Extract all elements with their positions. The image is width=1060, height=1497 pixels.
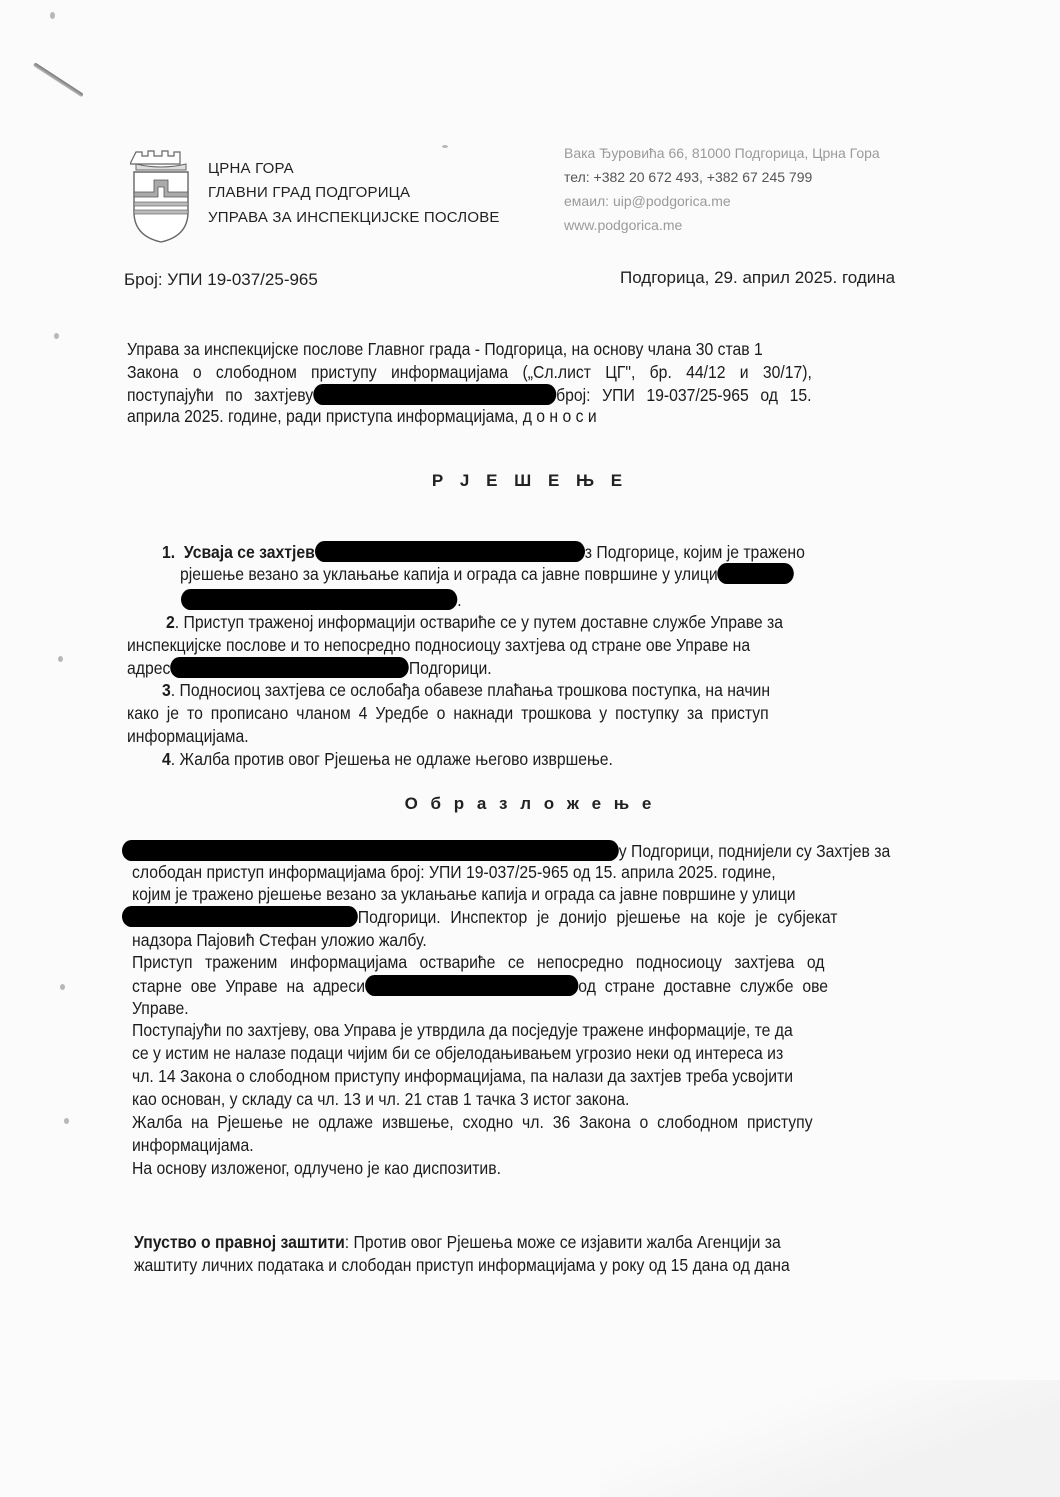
- reasoning-line: На основу изложеног, одлучено је као дис…: [132, 1158, 501, 1179]
- org-city: ГЛАВНИ ГРАД ПОДГОРИЦА: [208, 184, 410, 201]
- decision-item-4: 4. Жалба против овог Рјешења не одлаже њ…: [162, 749, 613, 770]
- intro-line: Управа за инспекцијске послове Главног г…: [127, 339, 763, 360]
- reasoning-line: као основан, у складу са чл. 13 и чл. 21…: [132, 1089, 629, 1110]
- item-number: 2: [166, 612, 175, 632]
- legal-remedy-line: жаштиту личних података и слободан прист…: [134, 1255, 790, 1276]
- redaction-bar: [365, 975, 578, 996]
- item-text: . Жалба против овог Рјешења не одлаже ње…: [171, 749, 613, 769]
- reasoning-text: од стране доставне службе ове: [578, 976, 828, 996]
- reasoning-title: О б р а з л о ж е њ е: [0, 794, 1060, 814]
- reasoning-line: Жалба на Рјешење не одлаже извшење, сход…: [132, 1112, 813, 1133]
- item-text: . Приступ траженој информацији оствариће…: [175, 612, 783, 632]
- reasoning-line: у Подгорици, поднијели су Захтјев за: [122, 840, 890, 862]
- item-text: . Подносиоц захтјева се ослобађа обавезе…: [171, 680, 770, 700]
- reasoning-line: старне ове Управе на адресиод стране дос…: [132, 975, 828, 997]
- item-text: рјешење везано за уклањање капија и огра…: [180, 564, 718, 584]
- redaction-bar: [181, 589, 457, 610]
- document-number: Број: УПИ 19-037/25-965: [124, 270, 318, 290]
- decision-item-3-line: информацијама.: [127, 726, 249, 747]
- scan-speck: [54, 333, 59, 339]
- item-text: .: [457, 590, 461, 610]
- reasoning-text: Подгорици. Инспектор је донијо рјешење н…: [358, 907, 838, 927]
- contact-phone: тел: +382 20 672 493, +382 67 245 799: [564, 169, 812, 185]
- scan-speck: [60, 984, 65, 990]
- legal-remedy-label: Упуство о правној заштити: [134, 1232, 345, 1252]
- redaction-bar: [315, 541, 585, 562]
- item-number: 1.: [162, 542, 175, 562]
- scan-speck: [58, 656, 63, 662]
- legal-remedy-text: : Против овог Рјешења може се изјавити ж…: [345, 1232, 781, 1252]
- item-text: адрес: [127, 658, 170, 678]
- redaction-bar: [122, 840, 619, 861]
- reasoning-line: којим је тражено рјешење везано за уклањ…: [132, 884, 796, 905]
- reasoning-line: Поступајући по захтјеву, ова Управа је у…: [132, 1020, 793, 1041]
- reasoning-line: чл. 14 Закона о слободном приступу инфор…: [132, 1066, 793, 1087]
- reasoning-line: информацијама.: [132, 1135, 254, 1156]
- decision-title: Р Ј Е Ш Е Њ Е: [0, 471, 1060, 491]
- place-date: Подгорица, 29. април 2025. година: [620, 268, 895, 288]
- intro-line: априла 2025. године, ради приступа инфор…: [127, 406, 597, 427]
- reasoning-line: се у истим не налазе подаци чијим би се …: [132, 1043, 783, 1064]
- redaction-bar: [122, 906, 358, 927]
- reasoning-line: Управе.: [132, 998, 189, 1019]
- decision-item-2-line: адресПодгорици.: [127, 657, 492, 679]
- org-department: УПРАВА ЗА ИНСПЕКЦИЈСКЕ ПОСЛОВЕ: [208, 209, 500, 226]
- item-number: 4: [162, 749, 171, 769]
- reasoning-line: Подгорици. Инспектор је донијо рјешење н…: [122, 906, 837, 928]
- staple-mark: [33, 62, 84, 97]
- scan-shadow: [600, 1380, 1060, 1497]
- item-number: 3: [162, 680, 171, 700]
- reasoning-text: старне ове Управе на адреси: [132, 976, 365, 996]
- redaction-bar: [170, 657, 408, 678]
- intro-text: број: УПИ 19-037/25-965 од 15.: [556, 385, 811, 405]
- redaction-bar: [718, 563, 795, 584]
- scan-speck: [442, 145, 448, 148]
- decision-item-3: 3. Подносиоц захтјева се ослобађа обавез…: [162, 680, 770, 701]
- item-text: Подгорици.: [409, 658, 492, 678]
- intro-line: Закона о слободном приступу информацијам…: [127, 362, 812, 383]
- decision-item-3-line: како је то прописано чланом 4 Уредбе о н…: [127, 703, 769, 724]
- intro-text: поступајући по захтјеву: [127, 385, 313, 405]
- contact-web: www.podgorica.me: [564, 217, 682, 233]
- reasoning-line: надзора Пајовић Стефан уложио жалбу.: [132, 930, 427, 951]
- scan-speck: [50, 12, 55, 19]
- item-bold-text: Усваја се захтјев: [184, 542, 315, 562]
- reasoning-line: слободан приступ информацијама број: УПИ…: [132, 862, 776, 883]
- decision-item-1-line: рјешење везано за уклањање капија и огра…: [180, 563, 794, 585]
- decision-item-2-line: инспекцијске послове и то непосредно под…: [127, 635, 750, 656]
- reasoning-line: Приступ траженим информацијама оствариће…: [132, 952, 825, 973]
- redaction-bar: [313, 384, 556, 405]
- reasoning-text: у Подгорици, поднијели су Захтјев за: [619, 841, 890, 861]
- scan-speck: [64, 1118, 69, 1124]
- decision-item-1: 1. Усваја се захтјевз Подгорице, којим ј…: [162, 541, 805, 563]
- contact-address: Вака Ђуровића 66, 81000 Подгорица, Црна …: [564, 145, 880, 161]
- legal-remedy: Упуство о правној заштити: Против овог Р…: [134, 1232, 781, 1253]
- org-country: ЦРНА ГОРА: [208, 160, 294, 177]
- decision-item-1-line: .: [181, 589, 462, 611]
- contact-email: емаил: uip@podgorica.me: [564, 193, 731, 209]
- item-text: з Подгорице, којим је тражено: [585, 542, 805, 562]
- podgorica-coat-of-arms-icon: [130, 148, 192, 244]
- decision-item-2: 2. Приступ траженој информацији остварић…: [166, 612, 783, 633]
- intro-line: поступајући по захтјевуброј: УПИ 19-037/…: [127, 384, 811, 406]
